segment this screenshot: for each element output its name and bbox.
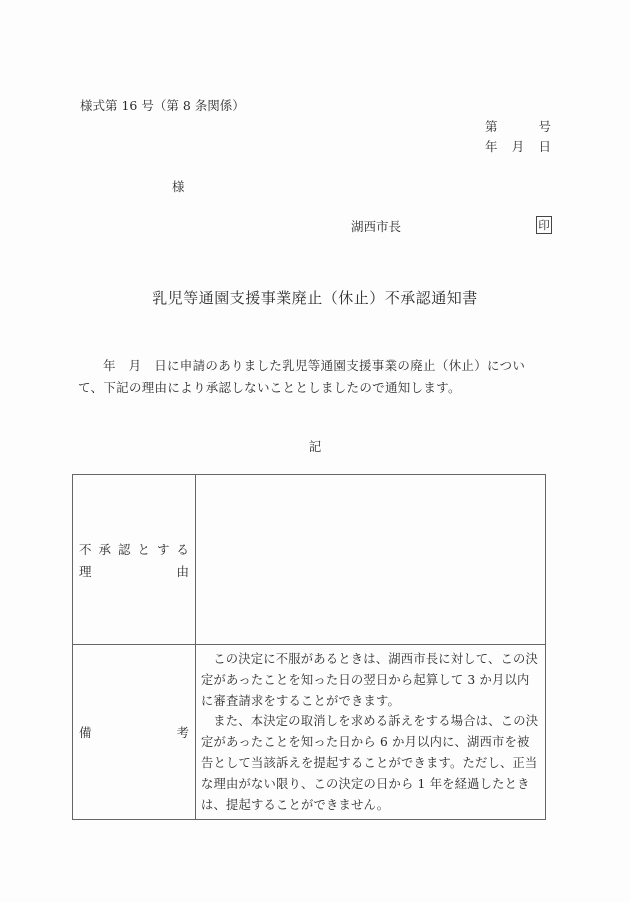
label-char: と xyxy=(137,540,150,558)
reason-label-line1: 不 承 認 と す る xyxy=(79,540,189,558)
reason-value-cell xyxy=(196,475,546,645)
reason-label-cell: 不 承 認 と す る 理 由 xyxy=(73,475,196,645)
document-title: 乳児等通園支援事業廃止（休止）不承認通知書 xyxy=(0,287,630,308)
label-char: す xyxy=(157,540,170,558)
date-year: 年 xyxy=(485,137,498,155)
date-day: 日 xyxy=(538,137,551,155)
label-char: 由 xyxy=(176,562,189,580)
addressee: 様 xyxy=(172,177,185,195)
notes-label: 備 考 xyxy=(79,723,189,741)
label-char: 考 xyxy=(176,723,189,741)
notes-value-cell: この決定に不服があるときは、湖西市長に対して、この決定があったことを知った日の翌… xyxy=(196,645,546,820)
document-number: 第 号 xyxy=(485,117,551,135)
table-row-reason: 不 承 認 と す る 理 由 xyxy=(73,475,546,645)
doc-number-suffix: 号 xyxy=(538,117,551,135)
document-date: 年 月 日 xyxy=(485,137,551,155)
label-char: 認 xyxy=(118,540,131,558)
label-char: 承 xyxy=(98,540,111,558)
seal-stamp: 印 xyxy=(536,216,552,234)
notes-paragraph: この決定に不服があるときは、湖西市長に対して、この決定があったことを知った日の翌… xyxy=(201,649,541,711)
label-char: る xyxy=(176,540,189,558)
ki-heading: 記 xyxy=(0,437,630,455)
label-char: 理 xyxy=(79,562,92,580)
body-text: 年 月 日に申請のありました乳児等通園支援事業の廃止（休止）について、下記の理由… xyxy=(78,355,548,399)
form-number: 様式第 16 号（第 8 条関係） xyxy=(80,96,245,114)
info-table: 不 承 認 と す る 理 由 備 考 この決定に不服があるときは、湖西市長に対… xyxy=(72,474,546,820)
notes-paragraph: また、本決定の取消しを求める訴えをする場合は、この決定があったことを知った日から… xyxy=(201,711,541,815)
issuer-name: 湖西市長 xyxy=(351,217,401,235)
label-char: 不 xyxy=(79,540,92,558)
table-row-notes: 備 考 この決定に不服があるときは、湖西市長に対して、この決定があったことを知っ… xyxy=(73,645,546,820)
doc-number-prefix: 第 xyxy=(485,117,498,135)
reason-label-line2: 理 由 xyxy=(79,562,189,580)
notes-label-cell: 備 考 xyxy=(73,645,196,820)
label-char: 備 xyxy=(79,723,92,741)
date-month: 月 xyxy=(512,137,525,155)
